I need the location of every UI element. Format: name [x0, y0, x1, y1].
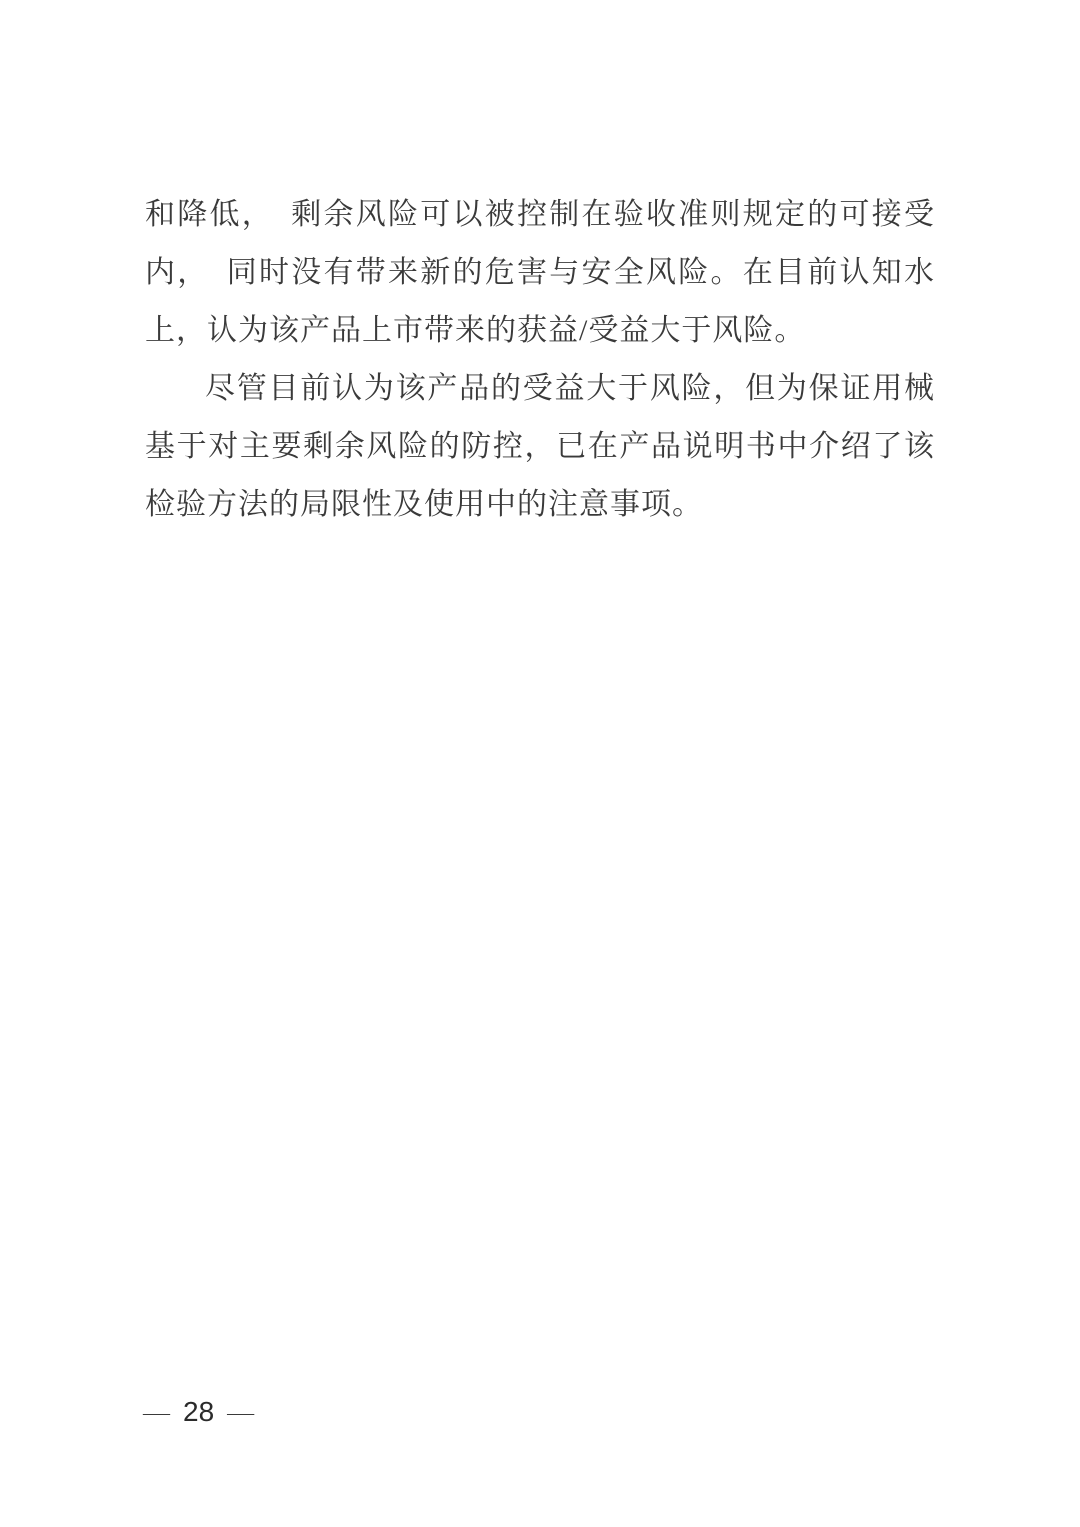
- footer-dash-left: —: [143, 1400, 170, 1425]
- text-line: 检验方法的局限性及使用中的注意事项。: [145, 476, 935, 534]
- text-line: 内， 同时没有带来新的危害与安全风险。在目前认知水平: [145, 244, 935, 302]
- paragraph-residual-risk-control: 尽管目前认为该产品的受益大于风险，但为保证用械安全， 基于对主要剩余风险的防控，…: [145, 360, 935, 534]
- text-line: 和降低， 剩余风险可以被控制在验收准则规定的可接受范围: [145, 186, 935, 244]
- page-footer: — 28 —: [143, 1392, 254, 1432]
- text-line: 尽管目前认为该产品的受益大于风险，但为保证用械安全，: [145, 360, 935, 418]
- footer-dash-right: —: [227, 1400, 254, 1425]
- text-line: 基于对主要剩余风险的防控，已在产品说明书中介绍了该产品: [145, 418, 935, 476]
- page-number: 28: [183, 1396, 214, 1428]
- document-body-text: 和降低， 剩余风险可以被控制在验收准则规定的可接受范围 内， 同时没有带来新的危…: [145, 186, 935, 534]
- scanned-document-page: 和降低， 剩余风险可以被控制在验收准则规定的可接受范围 内， 同时没有带来新的危…: [0, 0, 1080, 1527]
- text-line: 上，认为该产品上市带来的获益/受益大于风险。: [145, 302, 935, 360]
- paragraph-risk-acceptability: 和降低， 剩余风险可以被控制在验收准则规定的可接受范围 内， 同时没有带来新的危…: [145, 186, 935, 360]
